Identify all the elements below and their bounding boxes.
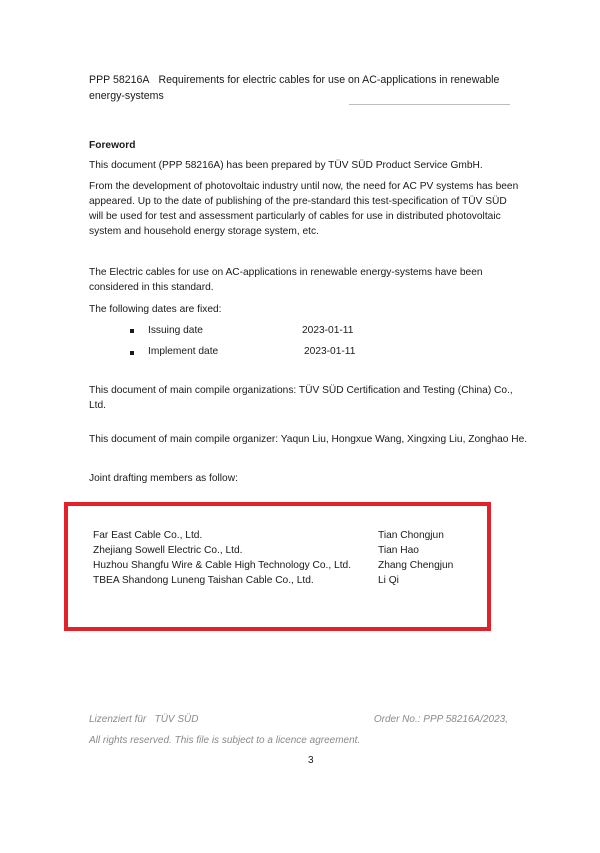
member-person: Tian Chongjun (378, 528, 444, 543)
paragraph-scope: The Electric cables for use on AC-applic… (89, 265, 519, 295)
member-company: Huzhou Shangfu Wire & Cable High Technol… (93, 558, 351, 573)
issuing-date-value: 2023-01-11 (302, 323, 353, 338)
paragraph-organizations: This document of main compile organizati… (89, 383, 519, 413)
footer-order-number: Order No.: PPP 58216A/2023, (374, 713, 508, 727)
paragraph-development: From the development of photovoltaic ind… (89, 179, 521, 239)
implement-date-value: 2023-01-11 (304, 344, 355, 359)
header-rule (349, 104, 510, 105)
member-company: Far East Cable Co., Ltd. (93, 528, 202, 543)
running-header: PPP 58216A Requirements for electric cab… (89, 72, 519, 104)
footer-licensed-for: Lizenziert für TÜV SÜD (89, 713, 198, 727)
footer-rights: All rights reserved. This file is subjec… (89, 734, 360, 748)
document-code: PPP 58216A (89, 74, 149, 86)
paragraph-organizer: This document of main compile organizer:… (89, 432, 529, 447)
member-person: Tian Hao (378, 543, 419, 558)
member-company: Zhejiang Sowell Electric Co., Ltd. (93, 543, 243, 558)
document-title: Requirements for electric cables for use… (89, 74, 499, 102)
foreword-heading: Foreword (89, 138, 135, 153)
member-person: Zhang Chengjun (378, 558, 453, 573)
page-number: 3 (308, 755, 314, 766)
bullet-icon (130, 351, 134, 355)
member-person: Li Qi (378, 573, 399, 588)
implement-date-label: Implement date (148, 344, 218, 359)
paragraph-dates-intro: The following dates are fixed: (89, 302, 519, 317)
issuing-date-label: Issuing date (148, 323, 203, 338)
bullet-icon (130, 329, 134, 333)
member-company: TBEA Shandong Luneng Taishan Cable Co., … (93, 573, 314, 588)
paragraph-prepared-by: This document (PPP 58216A) has been prep… (89, 158, 519, 173)
paragraph-members-intro: Joint drafting members as follow: (89, 471, 519, 486)
